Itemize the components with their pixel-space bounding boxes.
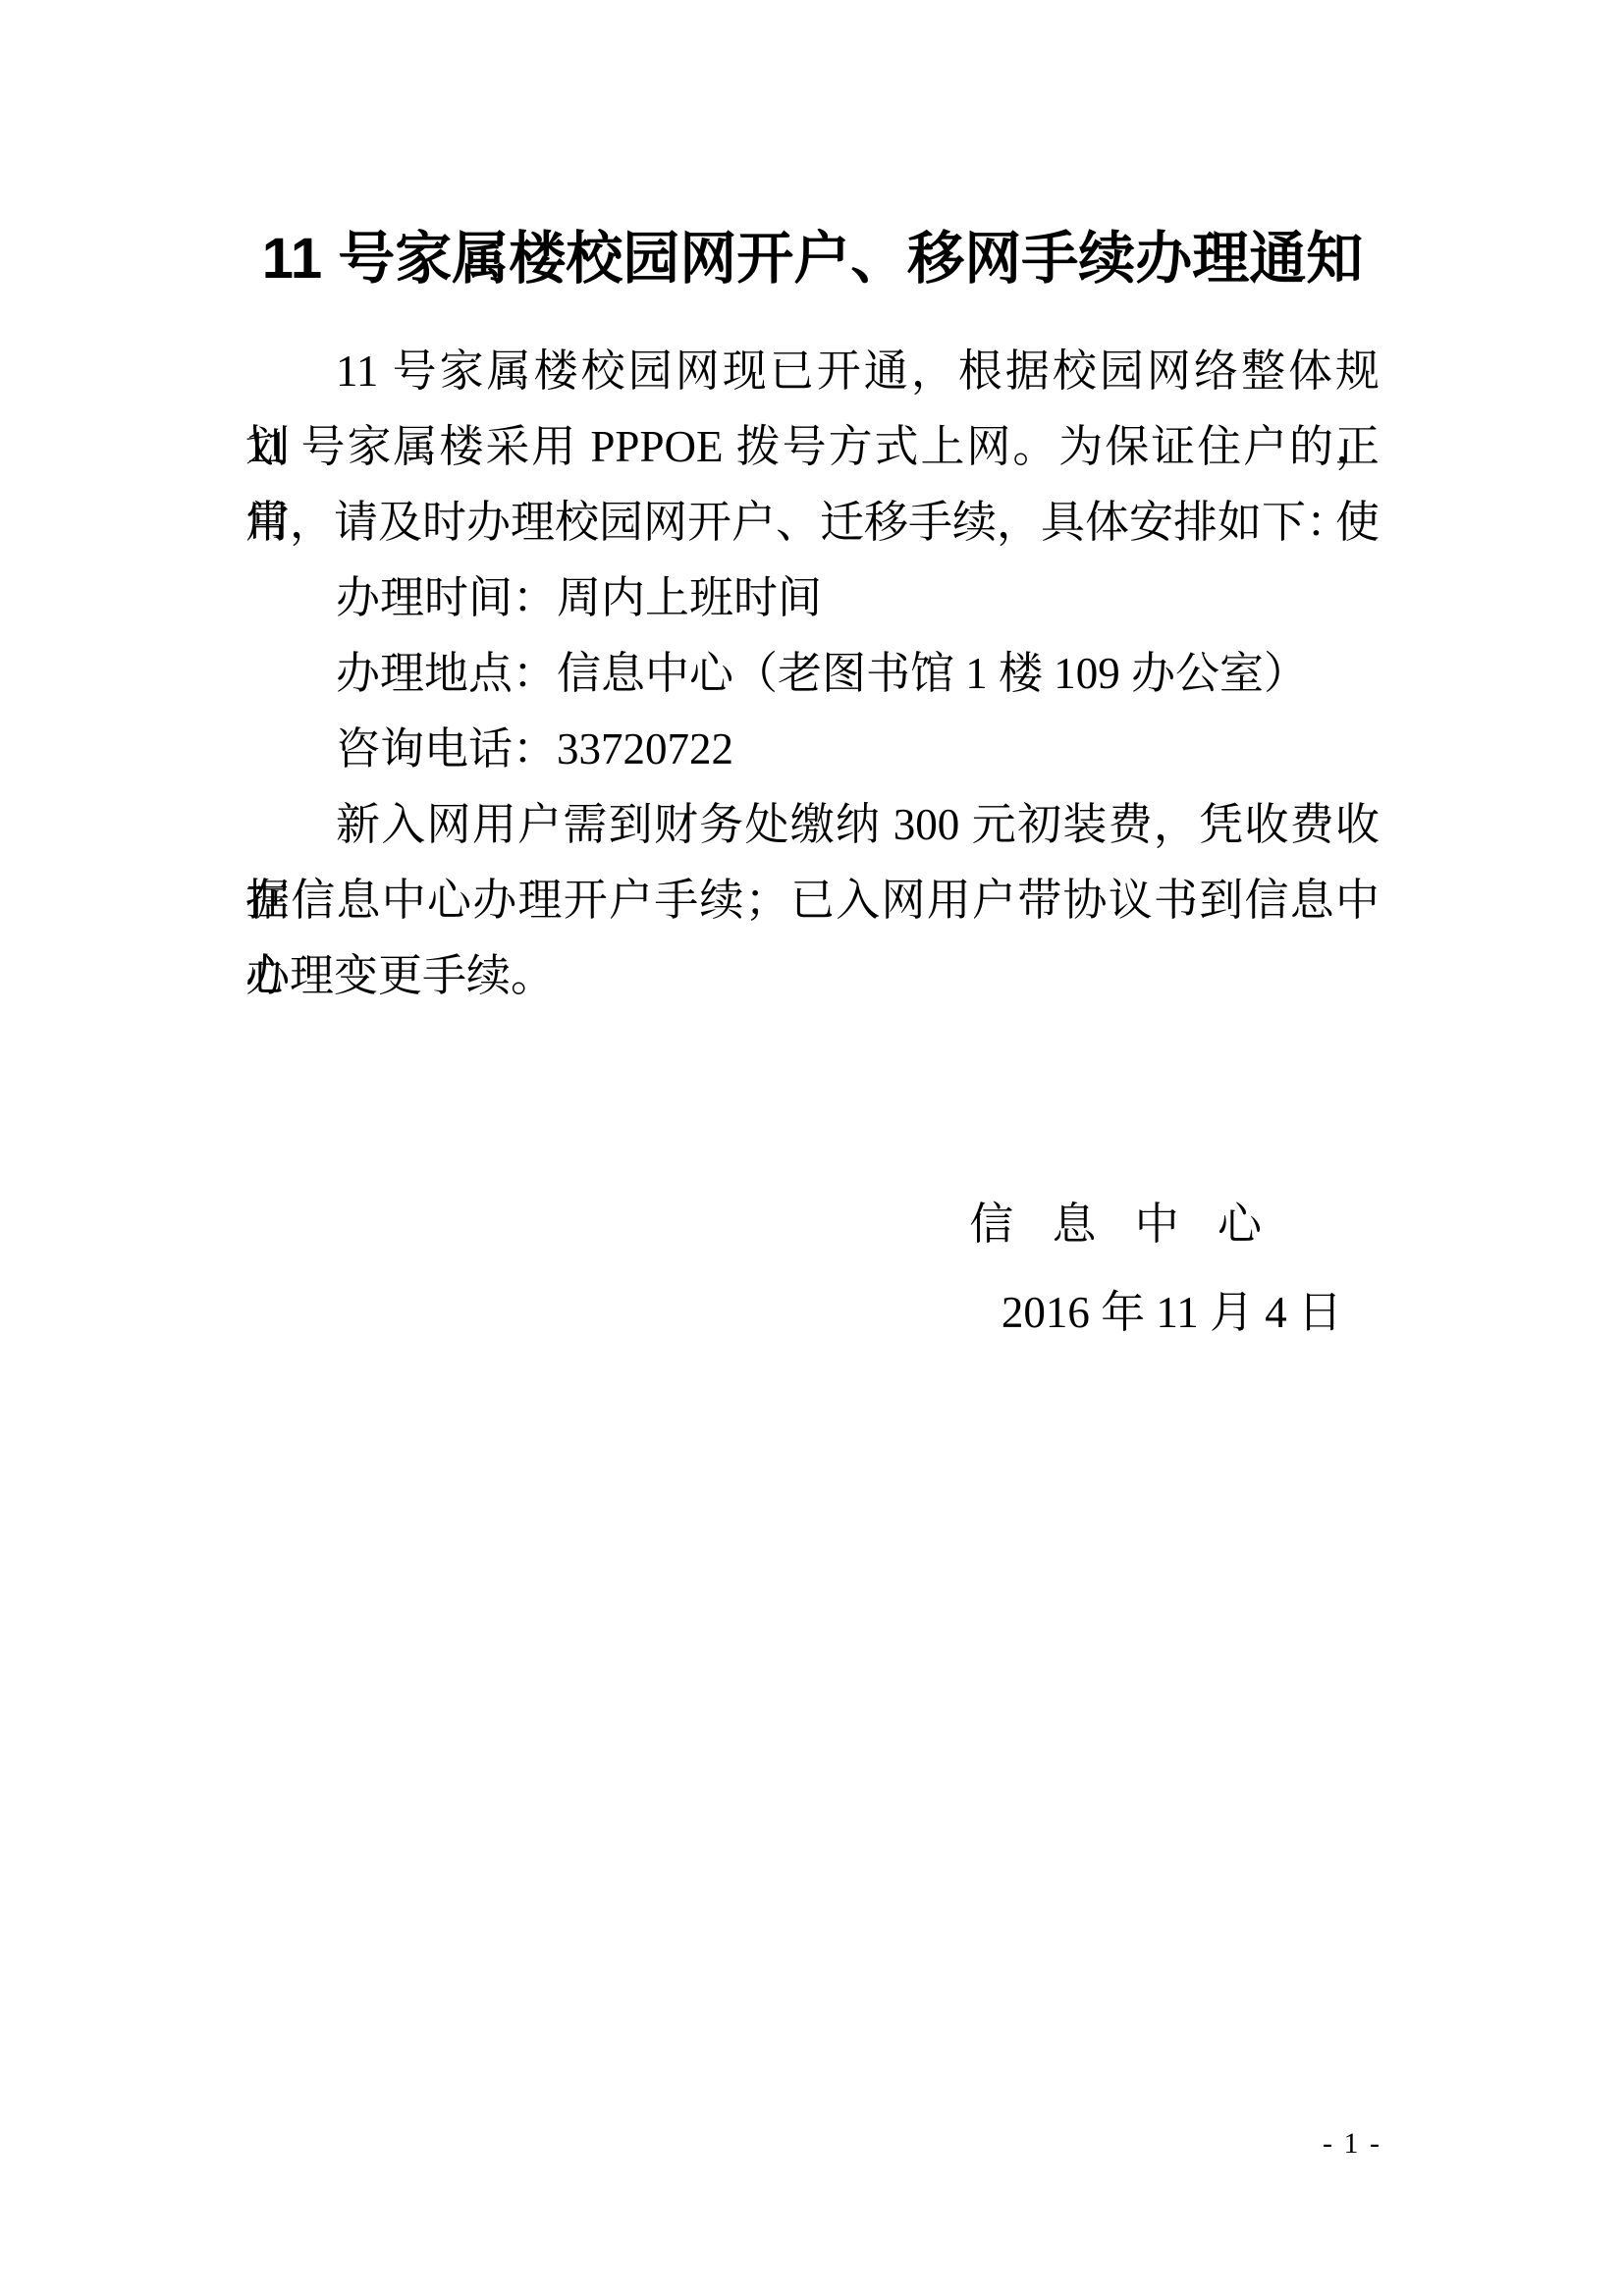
body-line: 用，请及时办理校园网开户、迁移手续，具体安排如下： (245, 485, 1380, 561)
body-line-phone: 咨询电话：33720722 (245, 712, 1380, 787)
signature-date: 2016 年 11 月 4 日 (245, 1268, 1380, 1357)
document-page: 11 号家属楼校园网开户、移网手续办理通知 11 号家属楼校园网现已开通，根据校… (0, 0, 1624, 2296)
notice-body: 11 号家属楼校园网现已开通，根据校园网络整体规划， 11 号家属楼采用 PPP… (245, 334, 1380, 1014)
page-number: - 1 - (1323, 2126, 1381, 2162)
body-line: 新入网用户需到财务处缴纳 300 元初装费，凭收费收据 (245, 787, 1380, 863)
closing-block: 信 息 中 心 2016 年 11 月 4 日 (245, 1180, 1380, 1357)
body-line: 11 号家属楼采用 PPPOE 拨号方式上网。为保证住户的正常使 (245, 409, 1380, 485)
body-line: 在信息中心办理开户手续；已入网用户带协议书到信息中心 (245, 863, 1380, 938)
document-content: 11 号家属楼校园网开户、移网手续办理通知 11 号家属楼校园网现已开通，根据校… (245, 0, 1380, 1357)
body-line-office-location: 办理地点：信息中心（老图书馆 1 楼 109 办公室） (245, 636, 1380, 712)
notice-title: 11 号家属楼校园网开户、移网手续办理通知 (245, 224, 1380, 294)
body-line-office-hours: 办理时间：周内上班时间 (245, 561, 1380, 636)
body-line: 11 号家属楼校园网现已开通，根据校园网络整体规划， (245, 334, 1380, 409)
signature-org: 信 息 中 心 (245, 1180, 1380, 1268)
body-line: 办理变更手续。 (245, 938, 1380, 1014)
